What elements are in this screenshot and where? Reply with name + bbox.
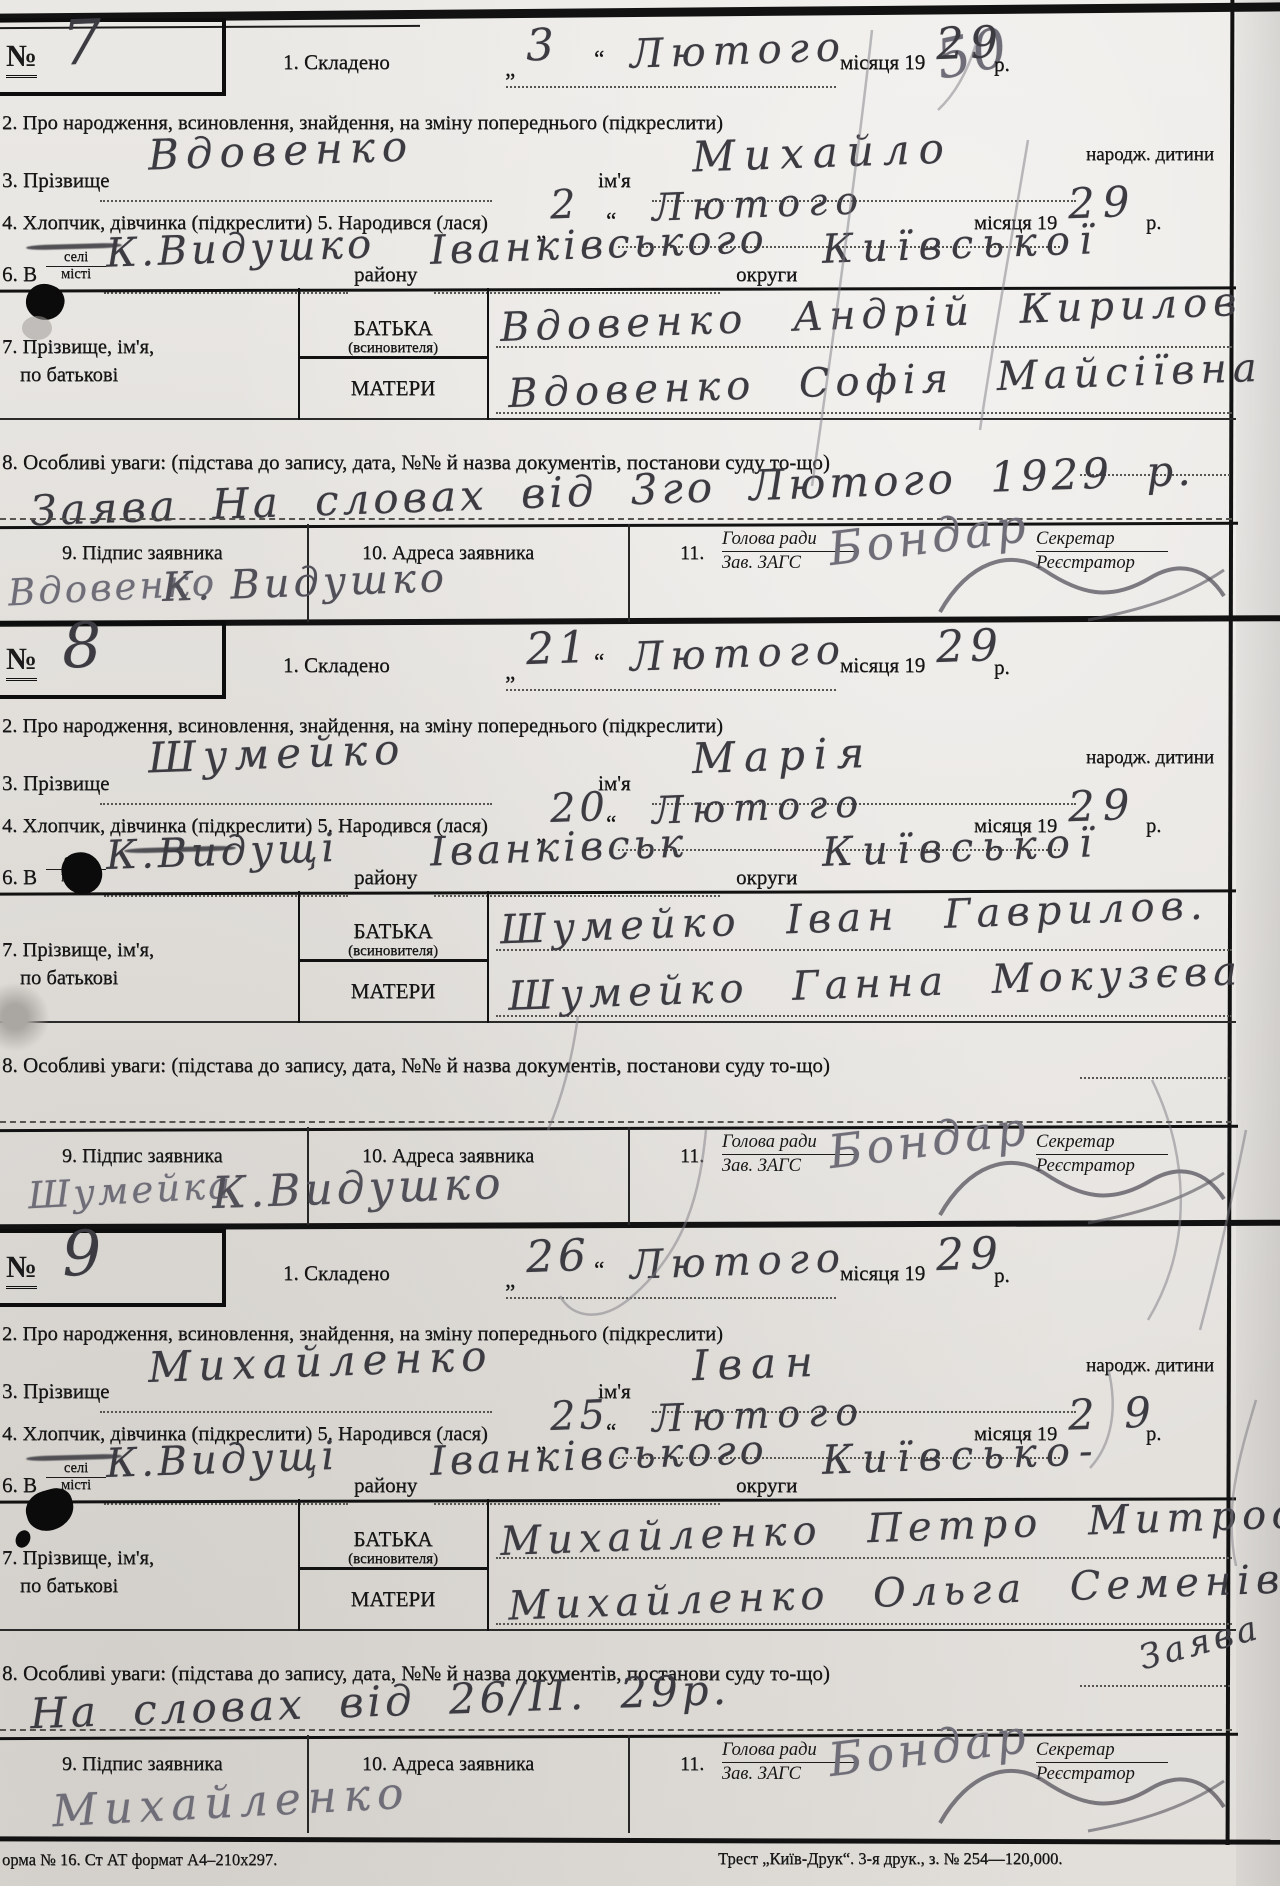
month-19-label: місяця 19 [840,1261,925,1286]
adopter-label: (всиновителя) [298,1551,488,1568]
child-name: Михайло [691,123,953,181]
month-19-label: місяця 19 [840,653,925,678]
table-bottom-rule [0,418,1236,420]
dotted-line [100,803,492,805]
hole-punch-shadow [22,316,52,340]
child-name: Іван [691,1337,822,1390]
record-number-value: 8 [61,608,103,682]
scanned-registry-page: 50 № 7 1. Складено „ 3 “ Лютого місяця 1… [0,0,1280,1886]
surname-label: 3. Прізвище [2,1379,109,1404]
remarks-label: 8. Особливі уваги: (підстава до запису, … [2,1053,830,1078]
child-surname: Шумейко [147,725,407,783]
district-label: району [354,1473,417,1498]
signature-cell-divider [628,524,630,622]
district-value: Іванківськ [429,821,688,876]
dotted-line [1080,1077,1230,1079]
composed-day: 21 [525,622,591,675]
table-bottom-rule [0,1021,1236,1023]
record: № 8 1. Складено „ 21 “ Лютого місяця 19 … [0,623,1232,1235]
secretary-signature [938,1751,1228,1836]
dotted-line [100,1411,492,1413]
year-suffix-label: р. [994,1263,1010,1288]
form-number-footer: орма № 16. Ст АТ формат А4–210х297. [2,1850,277,1870]
dotted-line [104,895,348,897]
quote-open: „ [505,659,515,685]
officials-number-label: 11. [680,1753,704,1776]
father-label: БАТЬКА [298,919,488,944]
village-label: селі [46,250,106,267]
parents-label-line2: по батькові [20,364,118,387]
record: № 7 1. Складено „ 3 “ Лютого місяця 19 2… [0,20,1232,632]
year-suffix-label: р. [1146,212,1161,235]
composed-month: Лютого [629,24,847,78]
record-number-box: № [0,1229,226,1307]
mother-value: Михайленко Ольга Семенівна [507,1554,1280,1629]
record-number-box: № [0,621,226,699]
place-value: К.Видущі [105,1433,339,1487]
quote-open: „ [505,1267,515,1293]
mother-label: МАТЕРИ [298,979,488,1004]
dashed-line [0,518,1232,520]
parents-label-line2: по батькові [20,1575,118,1598]
parents-label-line1: 7. Прізвище, ім'я, [2,336,154,359]
okruga-label: округи [736,865,797,890]
composed-label: 1. Складено [283,50,390,75]
dotted-line [506,1297,836,1299]
applicant-signature-value: Шумейка [27,1164,234,1218]
in-label: 6. В [2,1473,37,1498]
child-birth-label: народж. дитини [1086,144,1214,166]
okruga-value: Київської [821,820,1101,876]
record-number-value: 9 [61,1216,103,1290]
child-birth-label: народж. дитини [1086,1355,1214,1377]
record-number-box: № [0,18,226,96]
applicant-address-value: К. Видушко [161,555,448,611]
okruga-value: Київської [821,217,1101,273]
father-label: БАТЬКА [298,1527,488,1552]
mother-value: Вдовенко Софія Майсіївна [507,345,1263,417]
okruga-value: Київсько- [821,1428,1102,1484]
in-label: 6. В [2,262,37,287]
composed-month: Лютого [629,1235,847,1289]
place-value: К.Видушко [105,221,376,276]
mother-label: МАТЕРИ [298,376,488,401]
quote-close: “ [594,46,604,72]
printer-footer: Трест „Київ-Друк“. 3-я друк., з. № 254—1… [718,1849,1062,1869]
composed-label: 1. Складено [283,1261,390,1286]
mother-label: МАТЕРИ [298,1587,488,1612]
surname-label: 3. Прізвище [2,168,109,193]
composed-month: Лютого [629,627,847,681]
dotted-line [104,292,348,294]
officials-number-label: 11. [680,542,704,565]
father-label: БАТЬКА [298,316,488,341]
secretary-signature [938,1143,1228,1228]
dotted-line [434,292,720,294]
adopter-label: (всиновителя) [298,340,488,357]
composed-label: 1. Складено [283,653,390,678]
remarks-inline-value: Заява [1135,1608,1265,1679]
quote-open: „ [505,56,515,82]
dotted-line [434,895,720,897]
composed-day: 3 [525,19,559,71]
child-surname: Вдовенко [147,121,415,179]
okruga-label: округи [736,262,797,287]
month-19-label: місяця 19 [840,50,925,75]
dashed-line [0,1121,1232,1123]
secretary-signature [938,540,1228,625]
signature-cell-divider [628,1127,630,1225]
applicant-address-value: К.Видушко [211,1158,505,1219]
mother-value: Шумейко Ганна Мокузєва [507,948,1243,1020]
record-number-value: 7 [61,5,103,79]
surname-label: 3. Прізвище [2,771,109,796]
name-label: ім'я [598,168,631,193]
city-label: місті [46,267,106,283]
parents-label-line1: 7. Прізвище, ім'я, [2,1547,154,1570]
year-suffix-label: р. [994,655,1010,680]
village-city-fraction: селі місті [46,250,106,283]
district-label: району [354,865,417,890]
child-birth-label: народж. дитини [1086,747,1214,769]
signature-cell-divider [628,1735,630,1833]
applicant-signature-value: Михайленко [51,1768,412,1838]
dotted-line [434,1503,720,1505]
officials-number-label: 11. [680,1145,704,1168]
born-day: 2 [549,182,580,229]
dotted-line [104,1503,348,1505]
applicant-signature-label: 9. Підпис заявника [62,1753,223,1776]
dotted-line [100,200,492,202]
composed-day: 26 [525,1230,591,1283]
dotted-line [1080,1685,1230,1687]
okruga-label: округи [736,1473,797,1498]
year-suffix-label: р. [994,52,1010,77]
quote-close: “ [594,1257,604,1283]
village-label: селі [46,1461,106,1478]
place-value: К.Видущі [105,825,339,879]
district-label: району [354,262,417,287]
dashed-line [0,1729,1232,1731]
dotted-line [506,86,836,88]
parents-label-line2: по батькові [20,967,118,990]
in-label: 6. В [2,865,37,890]
number-sign-label: № [6,38,37,78]
quote-close: “ [594,649,604,675]
year-suffix-label: р. [1146,815,1161,838]
child-name: Марія [691,728,874,783]
number-sign-label: № [6,641,37,681]
parents-label-line1: 7. Прізвище, ім'я, [2,939,154,962]
year-suffix-label: р. [1146,1423,1161,1446]
dotted-line [506,689,836,691]
number-sign-label: № [6,1249,37,1289]
adopter-label: (всиновителя) [298,943,488,960]
record: № 9 1. Складено „ 26 “ Лютого місяця 19 … [0,1231,1232,1843]
table-bottom-rule [0,1629,1236,1631]
